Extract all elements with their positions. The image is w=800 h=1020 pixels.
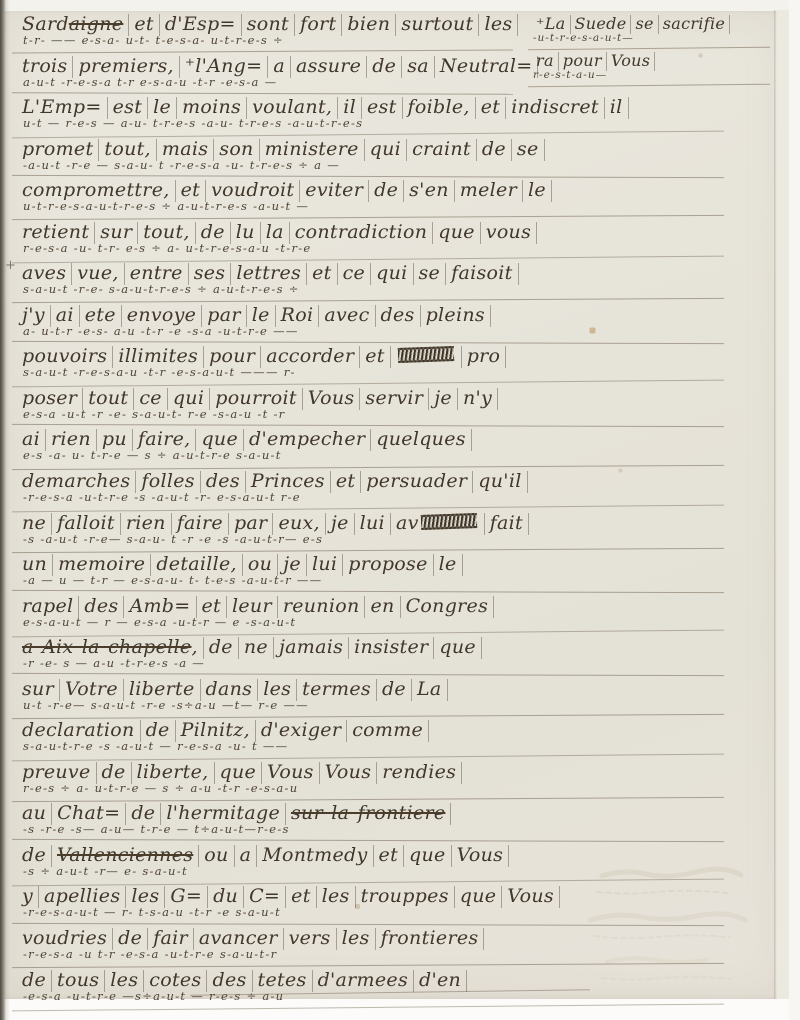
word: le [434,554,463,576]
word: des [376,305,421,327]
paper-fold-flap [777,10,789,999]
scribbled-out-word [397,346,453,363]
word: vers [284,928,337,950]
manuscript-line: L'Emp=estlemoinsvoulant,ilestfoible,etin… [22,96,728,138]
word: pro [462,346,507,368]
word: se [631,15,658,34]
word: d'armees [313,970,414,992]
manuscript-line: rapourVousr-e-s-t-a-u— [532,52,770,89]
word: les [337,928,376,950]
word: de [477,139,512,161]
word: surtout [396,14,479,36]
manuscript-text-block: Sardaigneetd'Esp=sontfortbiensurtoutlest… [22,13,728,1010]
word: que [404,845,452,867]
word: ne [239,637,274,659]
word: que [433,222,481,244]
word: et [331,471,361,493]
word: vous [481,222,537,244]
manuscript-line: nefalloitrienfairepareux,jeluiavfait-s -… [22,512,728,554]
word: servir [360,388,429,410]
manuscript-line: yapellieslesG=duC=etlestrouppesqueVous-r… [22,885,728,927]
word: ce [338,263,372,285]
word: avec [319,305,375,327]
word: foible, [403,97,476,119]
manuscript-line: rapeldesAmb=etleurreunionenCongrese-s-a-… [22,595,728,637]
word: fait [485,513,529,535]
word: propose [343,554,433,576]
manuscript-line: surVotrelibertedanslestermesdeLau-t -r-e… [22,678,728,720]
word: frontieres [376,928,485,950]
struck-text: aigne [69,13,124,35]
manuscript-line: pouvoirsillimitespouraccorderetpros-a-u-… [22,345,728,387]
left-margin-plus-mark: + [5,258,16,273]
word: qui [371,263,413,285]
word: le [523,180,552,202]
struck-text: sur la frontiere [291,802,445,824]
word: et [476,97,506,119]
word: en [365,596,400,618]
margin-note: ⁺LaSuedesesacrifie-u-t-r-e-s-a-u-t—rapou… [532,15,770,89]
manuscript-line: demarchesfollesdesPrincesetpersuaderqu'i… [22,470,728,512]
manuscript-line: j'yaieteenvoyeparleRoiavecdespleinsa- u-… [22,304,728,346]
word: Vous [320,762,378,784]
word: qu'il [473,471,527,493]
word: de [377,679,412,701]
word: il [605,97,629,119]
word: et [307,263,337,285]
word: bien [342,14,396,36]
word: sa [402,56,435,78]
word: Vous [607,52,655,71]
word: ou [199,845,234,867]
word: sacrifie [659,15,730,34]
manuscript-line: compromettre,etvoudroiteviterdes'enmeler… [22,179,728,221]
manuscript-line: airienpufaire,qued'empecherquelquese-s -… [22,428,728,470]
word: Vous [452,845,510,867]
manuscript-line: unmemoiredetaille,oujeluiproposele-a — u… [22,553,728,595]
word: av [391,513,485,535]
word [391,346,462,368]
word: assure [291,56,367,78]
word: meler [455,180,523,202]
word: sur la frontiere [286,803,451,825]
word: a [235,845,258,867]
word: eviter [300,180,369,202]
word: les [479,14,518,36]
manuscript-line: retientsurtout,delulacontradictionquevou… [22,221,728,263]
word: Neutral= [435,56,539,78]
struck-text: Vallenciennes [57,844,193,866]
manuscript-line: preuvedeliberte,queVousVousrendiesr-e-s … [22,761,728,803]
word: de [369,180,404,202]
word: se [512,139,545,161]
word: et [286,886,316,908]
manuscript-line: deVallenciennesouaMontmedyetqueVous-s ÷ … [22,844,728,886]
word: et [374,845,404,867]
backdrop-right-strip [789,0,800,1020]
word: pleins [421,305,491,327]
word: et [360,346,390,368]
struck-text: a Aix la chapelle [22,636,191,658]
word: craint [407,139,477,161]
word: jamais [274,637,349,659]
word: trouppes [356,886,455,908]
word: d'en [414,970,467,992]
word: insister [349,637,434,659]
manuscript-line: declarationdePilnitz,d'exigercommes-a-u-… [22,719,728,761]
word: je [429,388,458,410]
word: Congres [401,596,495,618]
manuscript-line: avesvue,entreseslettresetcequisefaisoits… [22,262,728,304]
manuscript-line: promettout,maissonministerequicraintdese… [22,138,728,180]
scribbled-out-word [420,513,476,530]
manuscript-line: detouslescotesdestetesd'armeesd'en-e-s-a… [22,969,728,1011]
manuscript-line: ⁺LaSuedesesacrifie-u-t-r-e-s-a-u-t— [532,15,770,52]
word: faisoit [446,263,518,285]
word: comme [347,720,429,742]
word: Vous [303,388,361,410]
word: je [326,513,355,535]
word: quelques [371,429,472,451]
word: est [362,97,403,119]
word: n'y [458,388,498,410]
word: indiscret [506,97,605,119]
manuscript-line: a Aix la chapelle,denejamaisinsisterque-… [22,636,728,678]
word: lui [355,513,391,535]
word: rendies [377,762,462,784]
word: termes [297,679,377,701]
word: que [455,886,503,908]
word: Vous [502,886,560,908]
word: Montmedy [257,845,373,867]
paper-left-shadow-edge [0,0,10,1020]
word: se [414,263,447,285]
backdrop-top-strip [0,0,800,11]
word: fort [295,14,342,36]
word: de [367,56,402,78]
word: que [434,637,482,659]
word: s'en [404,180,455,202]
word: La [412,679,448,701]
manuscript-line: auChat=del'hermitagesur la frontiere-s -… [22,802,728,844]
word: qui [365,139,407,161]
manuscript-line: voudriesdefairavancerverslesfrontieres-r… [22,927,728,969]
word: persuader [361,471,473,493]
manuscript-line: posertoutcequipourroitVousservirjen'ye-s… [22,387,728,429]
word: les [317,886,356,908]
foxing-spots [0,0,1,1]
word: de [204,637,239,659]
